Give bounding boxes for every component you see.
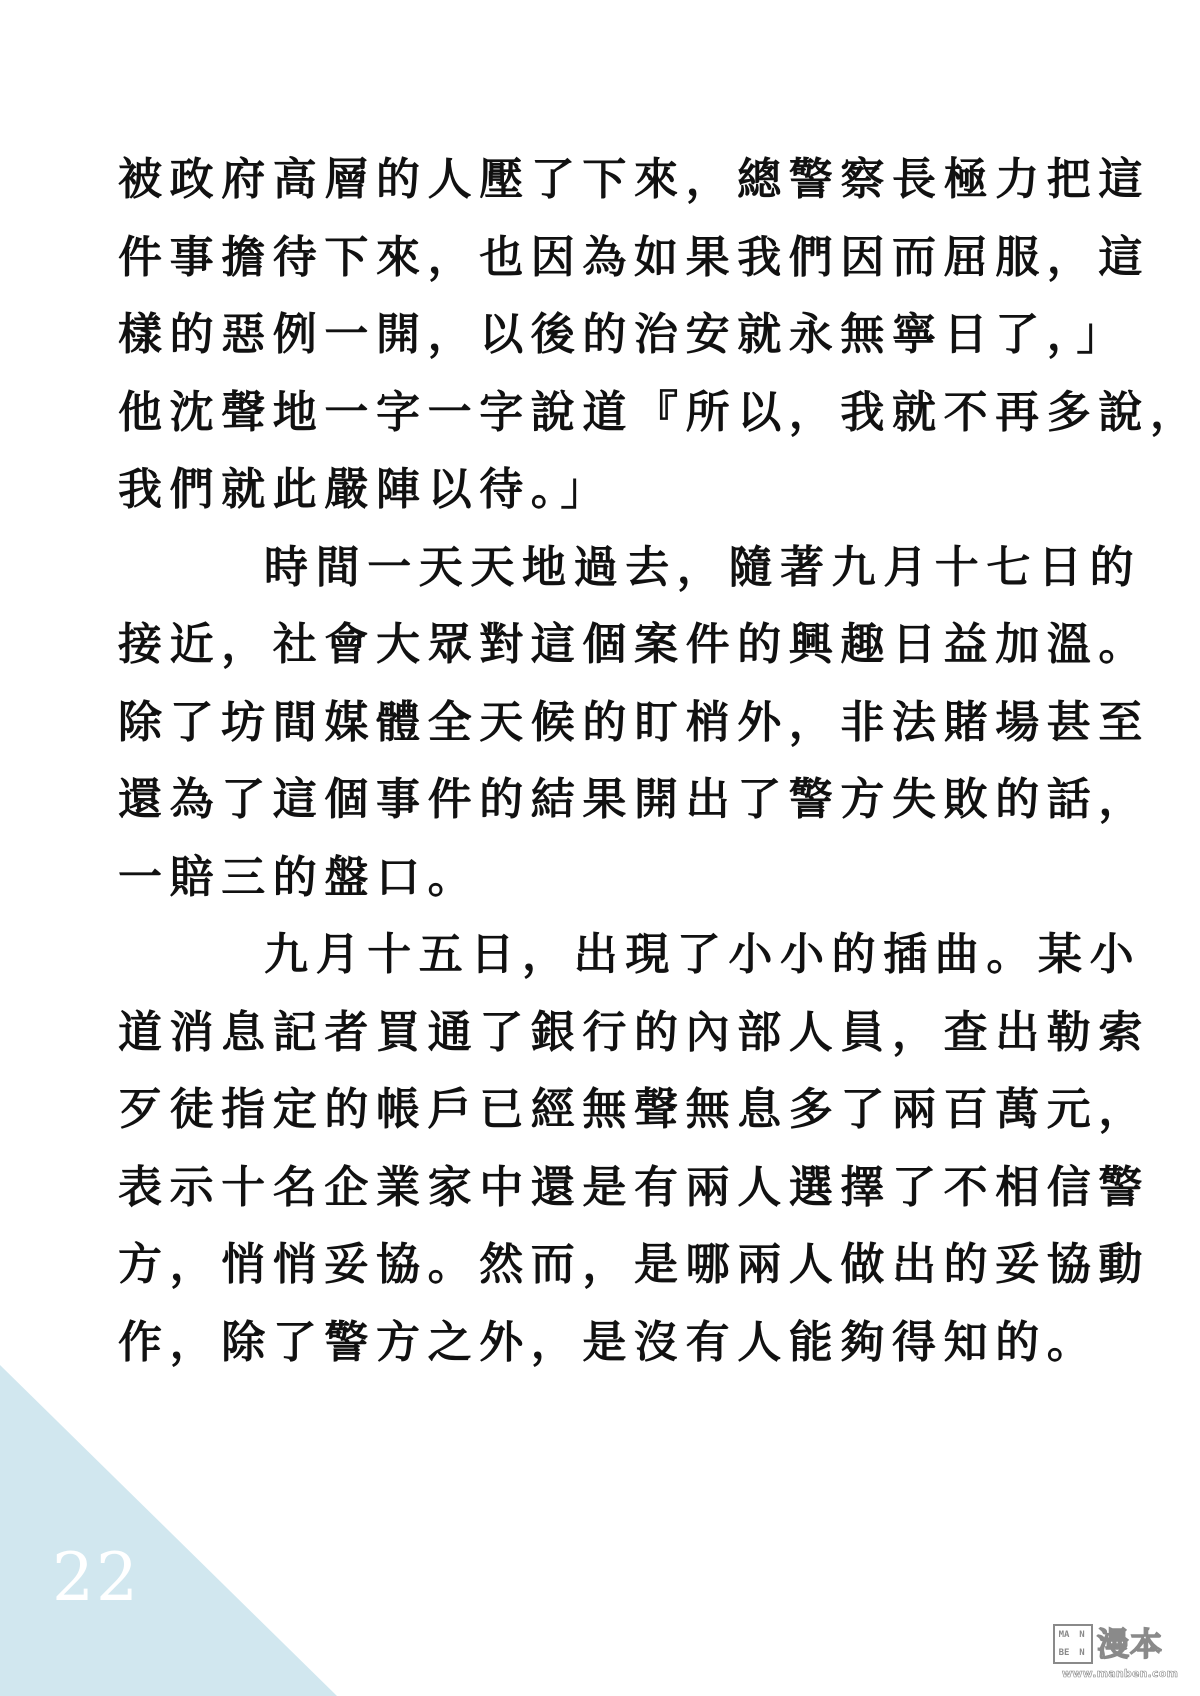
page-number: 22 (52, 1545, 140, 1611)
text-line: 道消息記者買通了銀行的內部人員，查出勒索 (118, 1003, 1018, 1081)
paragraph-start-line: 九月十五日，出現了小小的插曲。某小 (118, 925, 1018, 1003)
text-line: 表示十名企業家中還是有兩人選擇了不相信警 (118, 1158, 1018, 1236)
body-text: 被政府高層的人壓了下來，總警察長極力把這 件事擔待下來，也因為如果我們因而屈服，… (118, 150, 1018, 1390)
text-line: 接近，社會大眾對這個案件的興趣日益加溫。 (118, 615, 1018, 693)
watermark-logo-icon: MA N BE N (1053, 1624, 1093, 1664)
text-line: 方，悄悄妥協。然而，是哪兩人做出的妥協動 (118, 1235, 1018, 1313)
watermark-title: 漫本 (1097, 1624, 1163, 1664)
text-line: 他沈聲地一字一字說道『所以，我就不再多說， (118, 383, 1018, 461)
logo-letter: N (1073, 1626, 1091, 1644)
book-page: 被政府高層的人壓了下來，總警察長極力把這 件事擔待下來，也因為如果我們因而屈服，… (0, 0, 1200, 1696)
text-line: 樣的惡例一開，以後的治安就永無寧日了，」 (118, 305, 1018, 383)
text-line: 歹徒指定的帳戶已經無聲無息多了兩百萬元， (118, 1080, 1018, 1158)
text-line: 被政府高層的人壓了下來，總警察長極力把這 (118, 150, 1018, 228)
text-line: 還為了這個事件的結果開出了警方失敗的話， (118, 770, 1018, 848)
text-line: 我們就此嚴陣以待。」 (118, 460, 1018, 538)
text-line: 作，除了警方之外，是沒有人能夠得知的。 (118, 1313, 1018, 1391)
watermark: MA N BE N 漫本 www.manben.com (1053, 1624, 1187, 1684)
logo-letter: BE (1055, 1644, 1073, 1662)
text-line: 一賠三的盤口。 (118, 848, 1018, 926)
text-line: 件事擔待下來，也因為如果我們因而屈服，這 (118, 228, 1018, 306)
logo-letter: MA (1055, 1626, 1073, 1644)
watermark-url: www.manben.com (1053, 1667, 1187, 1680)
logo-letter: N (1073, 1644, 1091, 1662)
text-line: 除了坊間媒體全天候的盯梢外，非法賭場甚至 (118, 693, 1018, 771)
paragraph-start-line: 時間一天天地過去，隨著九月十七日的 (118, 538, 1018, 616)
